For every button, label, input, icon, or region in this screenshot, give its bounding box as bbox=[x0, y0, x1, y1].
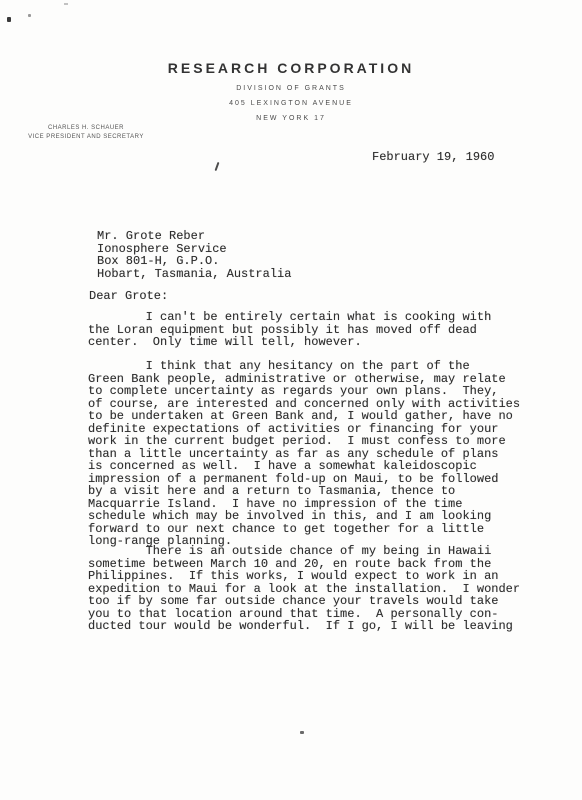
scan-speck bbox=[64, 3, 68, 5]
letterhead-company: RESEARCH CORPORATION bbox=[0, 60, 582, 76]
scan-speck bbox=[300, 731, 304, 734]
letterhead-division: DIVISION OF GRANTS bbox=[0, 85, 582, 92]
letterhead-officer-block: CHARLES H. SCHAUER VICE PRESIDENT AND SE… bbox=[28, 124, 144, 142]
handwritten-mark bbox=[215, 162, 220, 171]
recipient-address: Mr. Grote Reber Ionosphere Service Box 8… bbox=[97, 230, 291, 280]
letterhead-city: NEW YORK 17 bbox=[0, 115, 582, 122]
letter-paragraph: I think that any hesitancy on the part o… bbox=[88, 360, 520, 548]
letter-paragraph: There is an outside chance of my being i… bbox=[88, 545, 520, 633]
letter-page: RESEARCH CORPORATION DIVISION OF GRANTS … bbox=[0, 0, 582, 800]
scan-speck bbox=[7, 17, 11, 22]
officer-title: VICE PRESIDENT AND SECRETARY bbox=[28, 133, 144, 142]
letterhead-street-address: 405 LEXINGTON AVENUE bbox=[0, 100, 582, 107]
scan-speck bbox=[28, 14, 31, 17]
officer-name: CHARLES H. SCHAUER bbox=[28, 124, 144, 133]
letter-paragraph: I can't be entirely certain what is cook… bbox=[88, 311, 491, 349]
date-line: February 19, 1960 bbox=[372, 151, 494, 164]
salutation: Dear Grote: bbox=[89, 290, 168, 303]
